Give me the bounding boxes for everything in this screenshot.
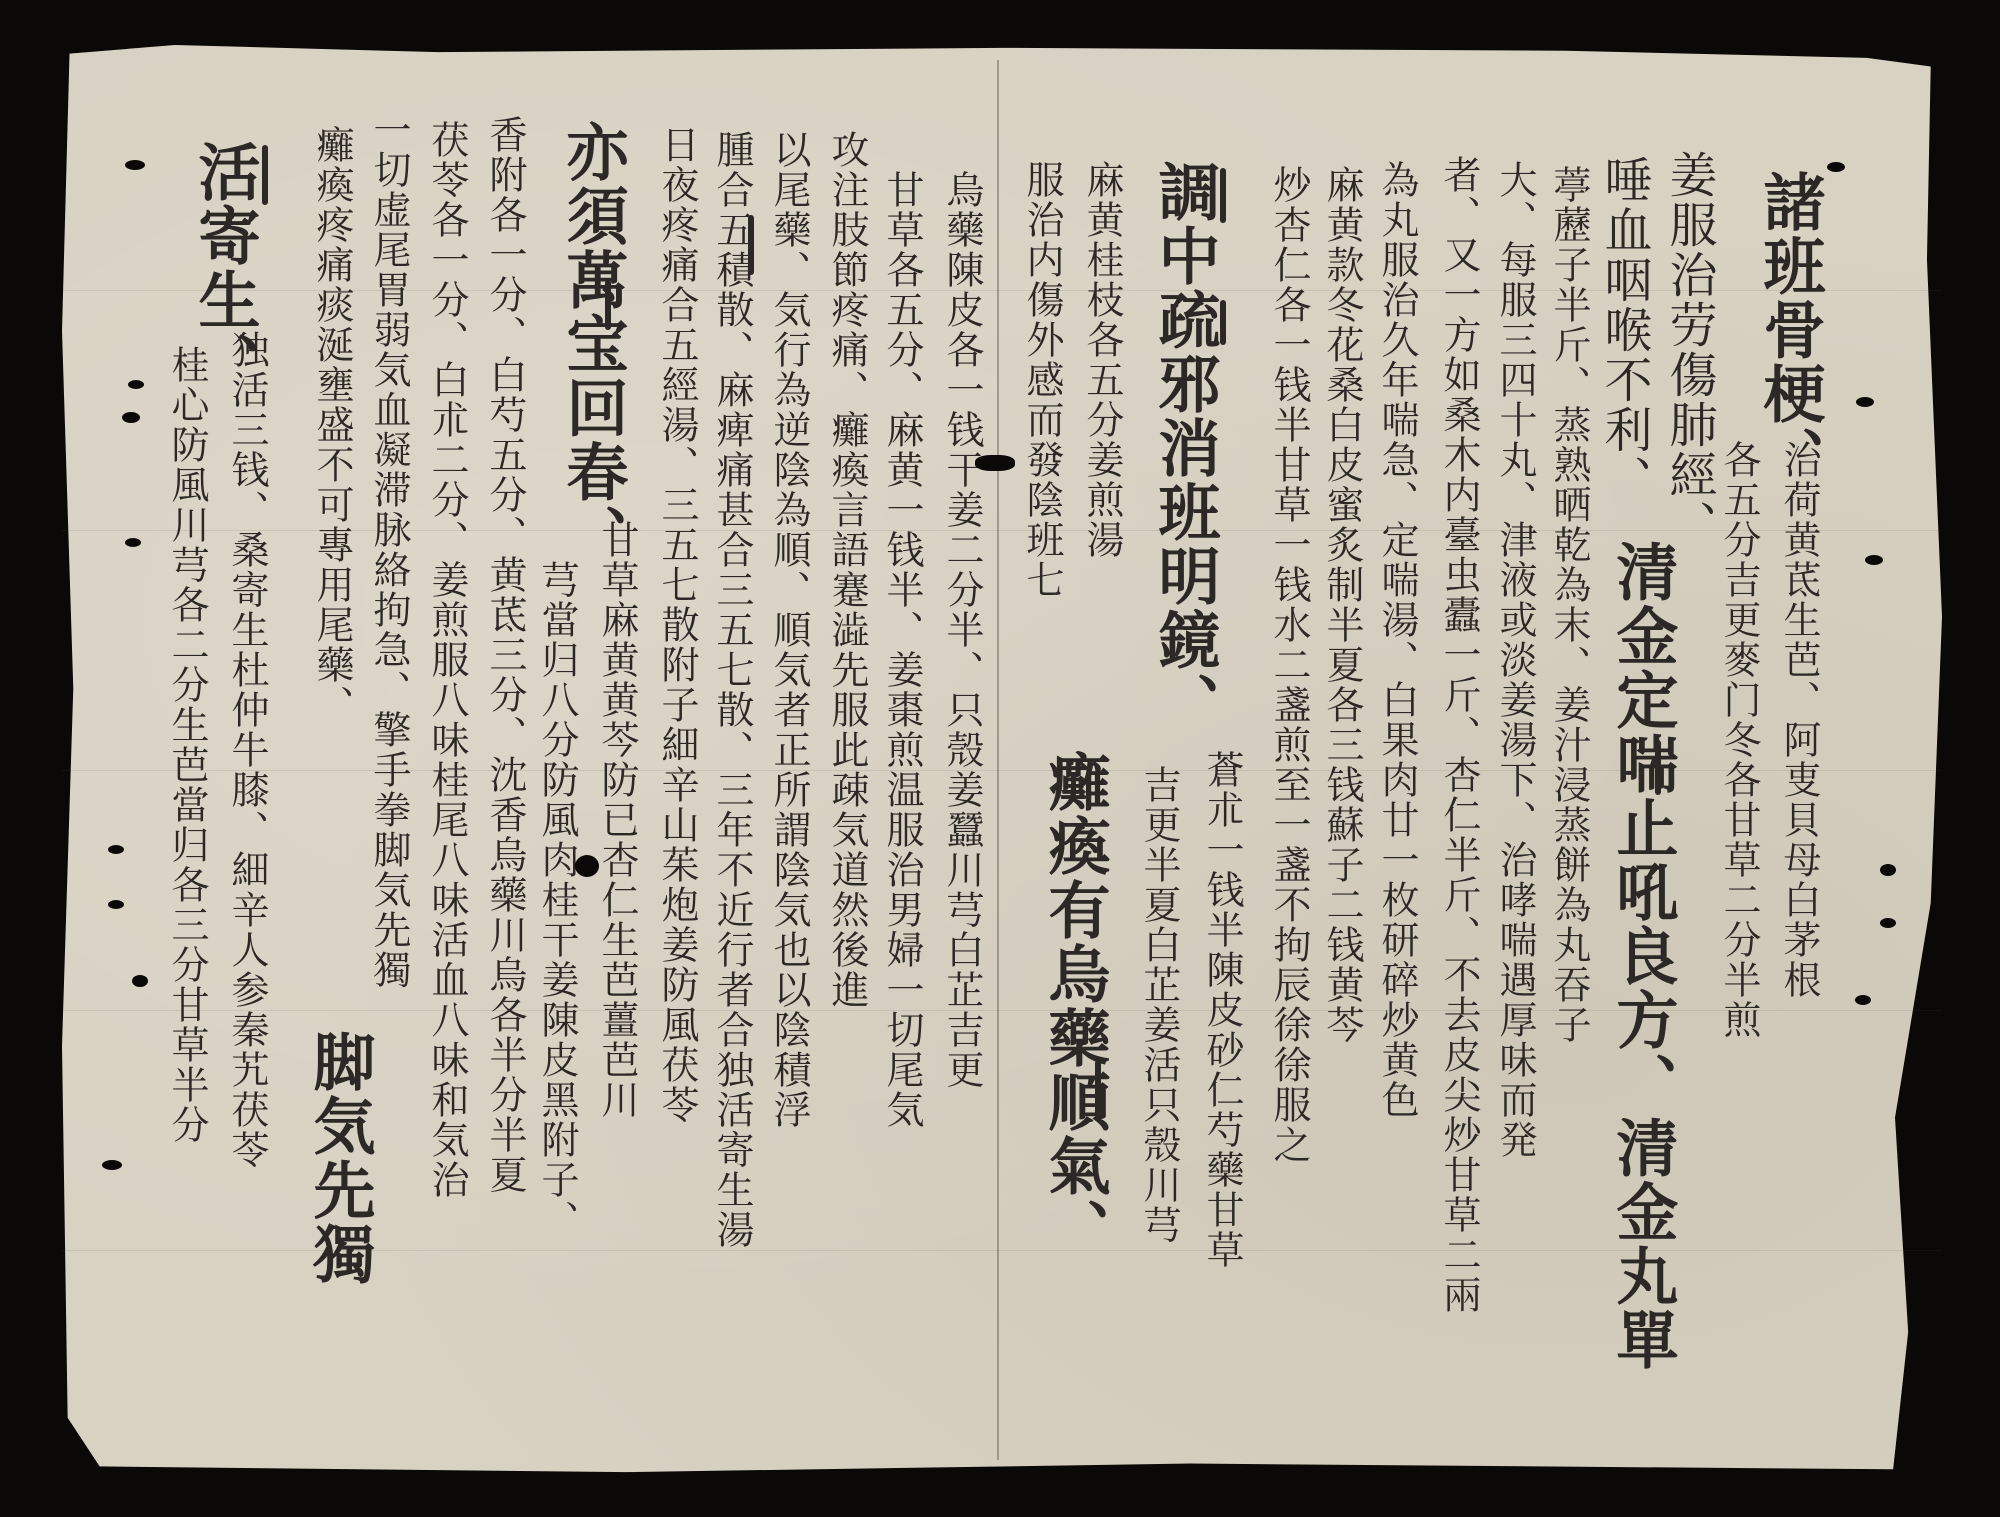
- text-column: 麻黄款冬花桑白皮蜜炙制半夏各三钱蘇子二钱黄芩: [1315, 165, 1370, 1045]
- binding-hole: [1855, 995, 1871, 1005]
- binding-hole: [102, 1160, 122, 1170]
- binding-hole: [1900, 1178, 1916, 1188]
- binding-hole: [125, 538, 141, 547]
- text-column: 癱瘓有烏藥順氣、: [1030, 750, 1119, 1262]
- section-mark: [1655, 740, 1661, 795]
- binding-hole: [125, 160, 145, 170]
- text-column: 独活三钱、桑寄生杜仲牛膝、細辛人参秦艽茯苓: [220, 330, 275, 1170]
- text-column: 服治内傷外感而發陰班七: [1015, 160, 1070, 600]
- text-column: 治荷黄茋生芭、阿叓貝母白茅根: [1772, 440, 1827, 1000]
- text-column: 甘草麻黄黄芩防已杏仁生芭薑芭川: [590, 520, 645, 1120]
- binding-hole: [108, 845, 124, 854]
- text-column: 炒杏仁各一钱半甘草一钱水二盞煎至一盞不拘辰徐徐服之: [1262, 165, 1317, 1165]
- section-mark: [1220, 168, 1226, 223]
- binding-hole: [1856, 397, 1874, 407]
- text-column: 脚気先獨: [295, 1030, 384, 1286]
- text-column: 以尾藥、気行為逆陰為順、順気者正所謂陰気也以陰積浮: [762, 130, 817, 1130]
- binding-hole: [1827, 162, 1845, 172]
- text-column: 日夜疼痛合五經湯、三五七散附子細辛山茱炮姜防風茯苓: [650, 125, 705, 1125]
- text-column: 香附各一分、白芍五分、黄茋三分、沈香烏藥川烏各半分半夏: [478, 115, 533, 1195]
- text-column: 芎當归八分防風肉桂干姜陳皮黑附子、: [530, 560, 585, 1240]
- binding-hole: [1865, 555, 1883, 565]
- section-mark: [605, 280, 611, 330]
- binding-hole: [108, 900, 124, 909]
- section-mark: [1095, 1060, 1101, 1120]
- section-mark: [1220, 300, 1226, 345]
- section-mark: [262, 145, 268, 205]
- text-column: 葶藶子半斤、蒸熟晒乾為末、姜汁浸蒸餅為丸吞子: [1542, 165, 1597, 1045]
- text-column: 攻注肢節疼痛、癱瘓言語蹇澁先服此疎気道然後進: [820, 130, 875, 1010]
- text-column: 唾血咽喉不利、: [1590, 155, 1659, 505]
- text-column: 大、每服三四十丸、津液或淡姜湯下、治哮喘遇厚味而発: [1488, 160, 1543, 1160]
- center-fold: [997, 60, 999, 1460]
- text-column: 調中疏邪消班明鏡、: [1140, 160, 1229, 736]
- text-column: 亦須萬宝回春、: [548, 120, 637, 568]
- binding-hole: [1880, 864, 1896, 876]
- text-column: 茯苓各一分、白朮二分、姜煎服八味桂尾八味活血八味和気治: [420, 120, 475, 1200]
- text-column: 清金定喘止吼良方、清金丸單: [1598, 540, 1687, 1372]
- damage-hole: [575, 855, 599, 877]
- text-column: 蒼朮一钱半陳皮砂仁芍藥甘草: [1195, 750, 1250, 1270]
- section-mark: [748, 215, 754, 275]
- text-column: 腫合五積散、麻痺痛甚合三五七散、三年不近行者合独活寄生湯: [705, 130, 760, 1250]
- text-column: 者、又一方如桑木内臺虫蠹一斤、杏仁半斤、不去皮尖炒甘草二兩: [1432, 155, 1487, 1315]
- text-column: 癱瘓疼痛痰涎壅盛不可專用尾藥、: [305, 125, 360, 725]
- binding-hole: [128, 380, 144, 389]
- text-column: 為丸服治久年喘急、定喘湯、白果肉廿一枚研碎炒黄色: [1370, 160, 1425, 1120]
- text-column: 一切虚尾胃弱気血凝滞脉絡拘急、擎手拳脚気先獨: [362, 110, 417, 990]
- text-column: 桂心防風川芎各二分生芭當归各三分甘草半分: [160, 345, 215, 1145]
- damage-hole: [975, 455, 1015, 471]
- text-column: 烏藥陳皮各一钱干姜二分半、只殼姜蠶川芎白芷吉更: [935, 170, 990, 1090]
- text-column: 麻黄桂枝各五分姜煎湯: [1075, 160, 1130, 560]
- binding-hole: [122, 412, 140, 423]
- text-column: 姜服治劳傷肺經、: [1655, 150, 1724, 550]
- binding-hole: [1880, 918, 1896, 928]
- text-column: 甘草各五分、麻黄一钱半、姜棗煎温服治男婦一切尾気: [875, 170, 930, 1130]
- binding-hole: [132, 975, 148, 987]
- text-column: 吉更半夏白芷姜活只殼川芎: [1132, 765, 1187, 1245]
